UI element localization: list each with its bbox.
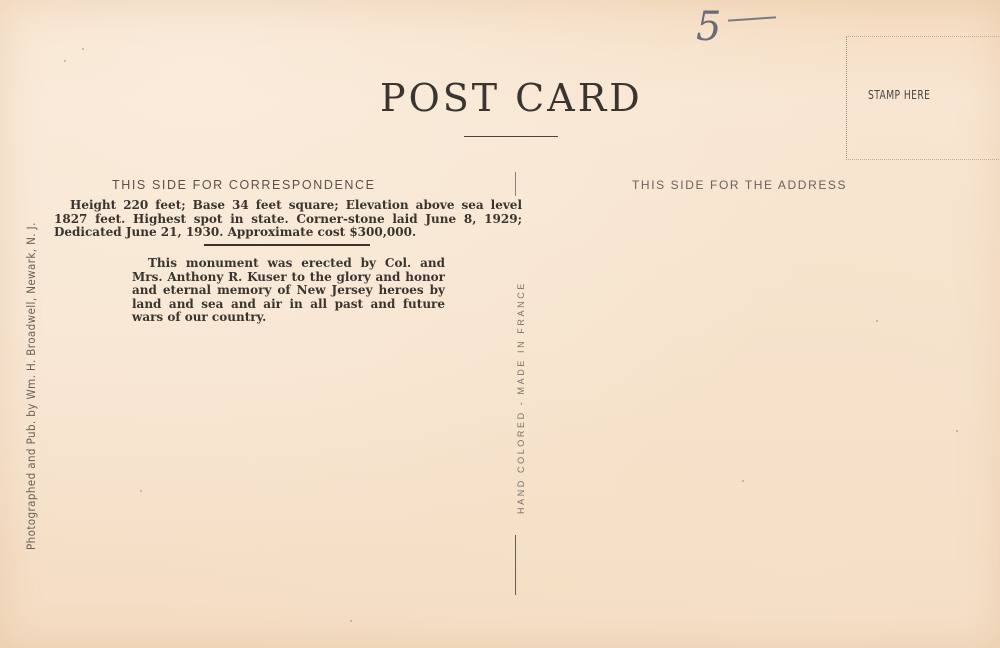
paper-speck [742,480,744,482]
address-side-label: THIS SIDE FOR THE ADDRESS [632,178,847,192]
handwritten-dash [728,16,776,21]
publisher-credit: Photographed and Pub. by Wm. H. Broadwel… [24,222,38,550]
paper-speck [82,48,84,50]
paper-speck [350,620,352,622]
monument-dedication: This monument was erected by Col. and Mr… [132,257,445,325]
paper-speck [140,490,142,492]
correspondence-side-label: THIS SIDE FOR CORRESPONDENCE [112,178,376,192]
stamp-here-label: STAMP HERE [868,88,930,102]
dedication-text: This monument was erected by Col. and Mr… [132,257,445,325]
center-divider-bottom [515,535,516,595]
hand-colored-made-in-france: HAND COLORED - MADE IN FRANCE [516,281,526,514]
center-divider-top [515,172,516,196]
title-underline [464,136,558,137]
handwritten-price-mark: 5 [696,4,721,50]
paper-speck [64,60,66,62]
paper-speck [956,430,958,432]
postcard-back: 5 POST CARD STAMP HERE THIS SIDE FOR COR… [0,0,1000,648]
monument-facts: Height 220 feet; Base 34 feet square; El… [54,199,522,240]
facts-text: Height 220 feet; Base 34 feet square; El… [54,199,522,240]
facts-divider-rule [204,244,370,246]
postcard-title: POST CARD [380,76,643,120]
paper-speck [876,320,878,322]
